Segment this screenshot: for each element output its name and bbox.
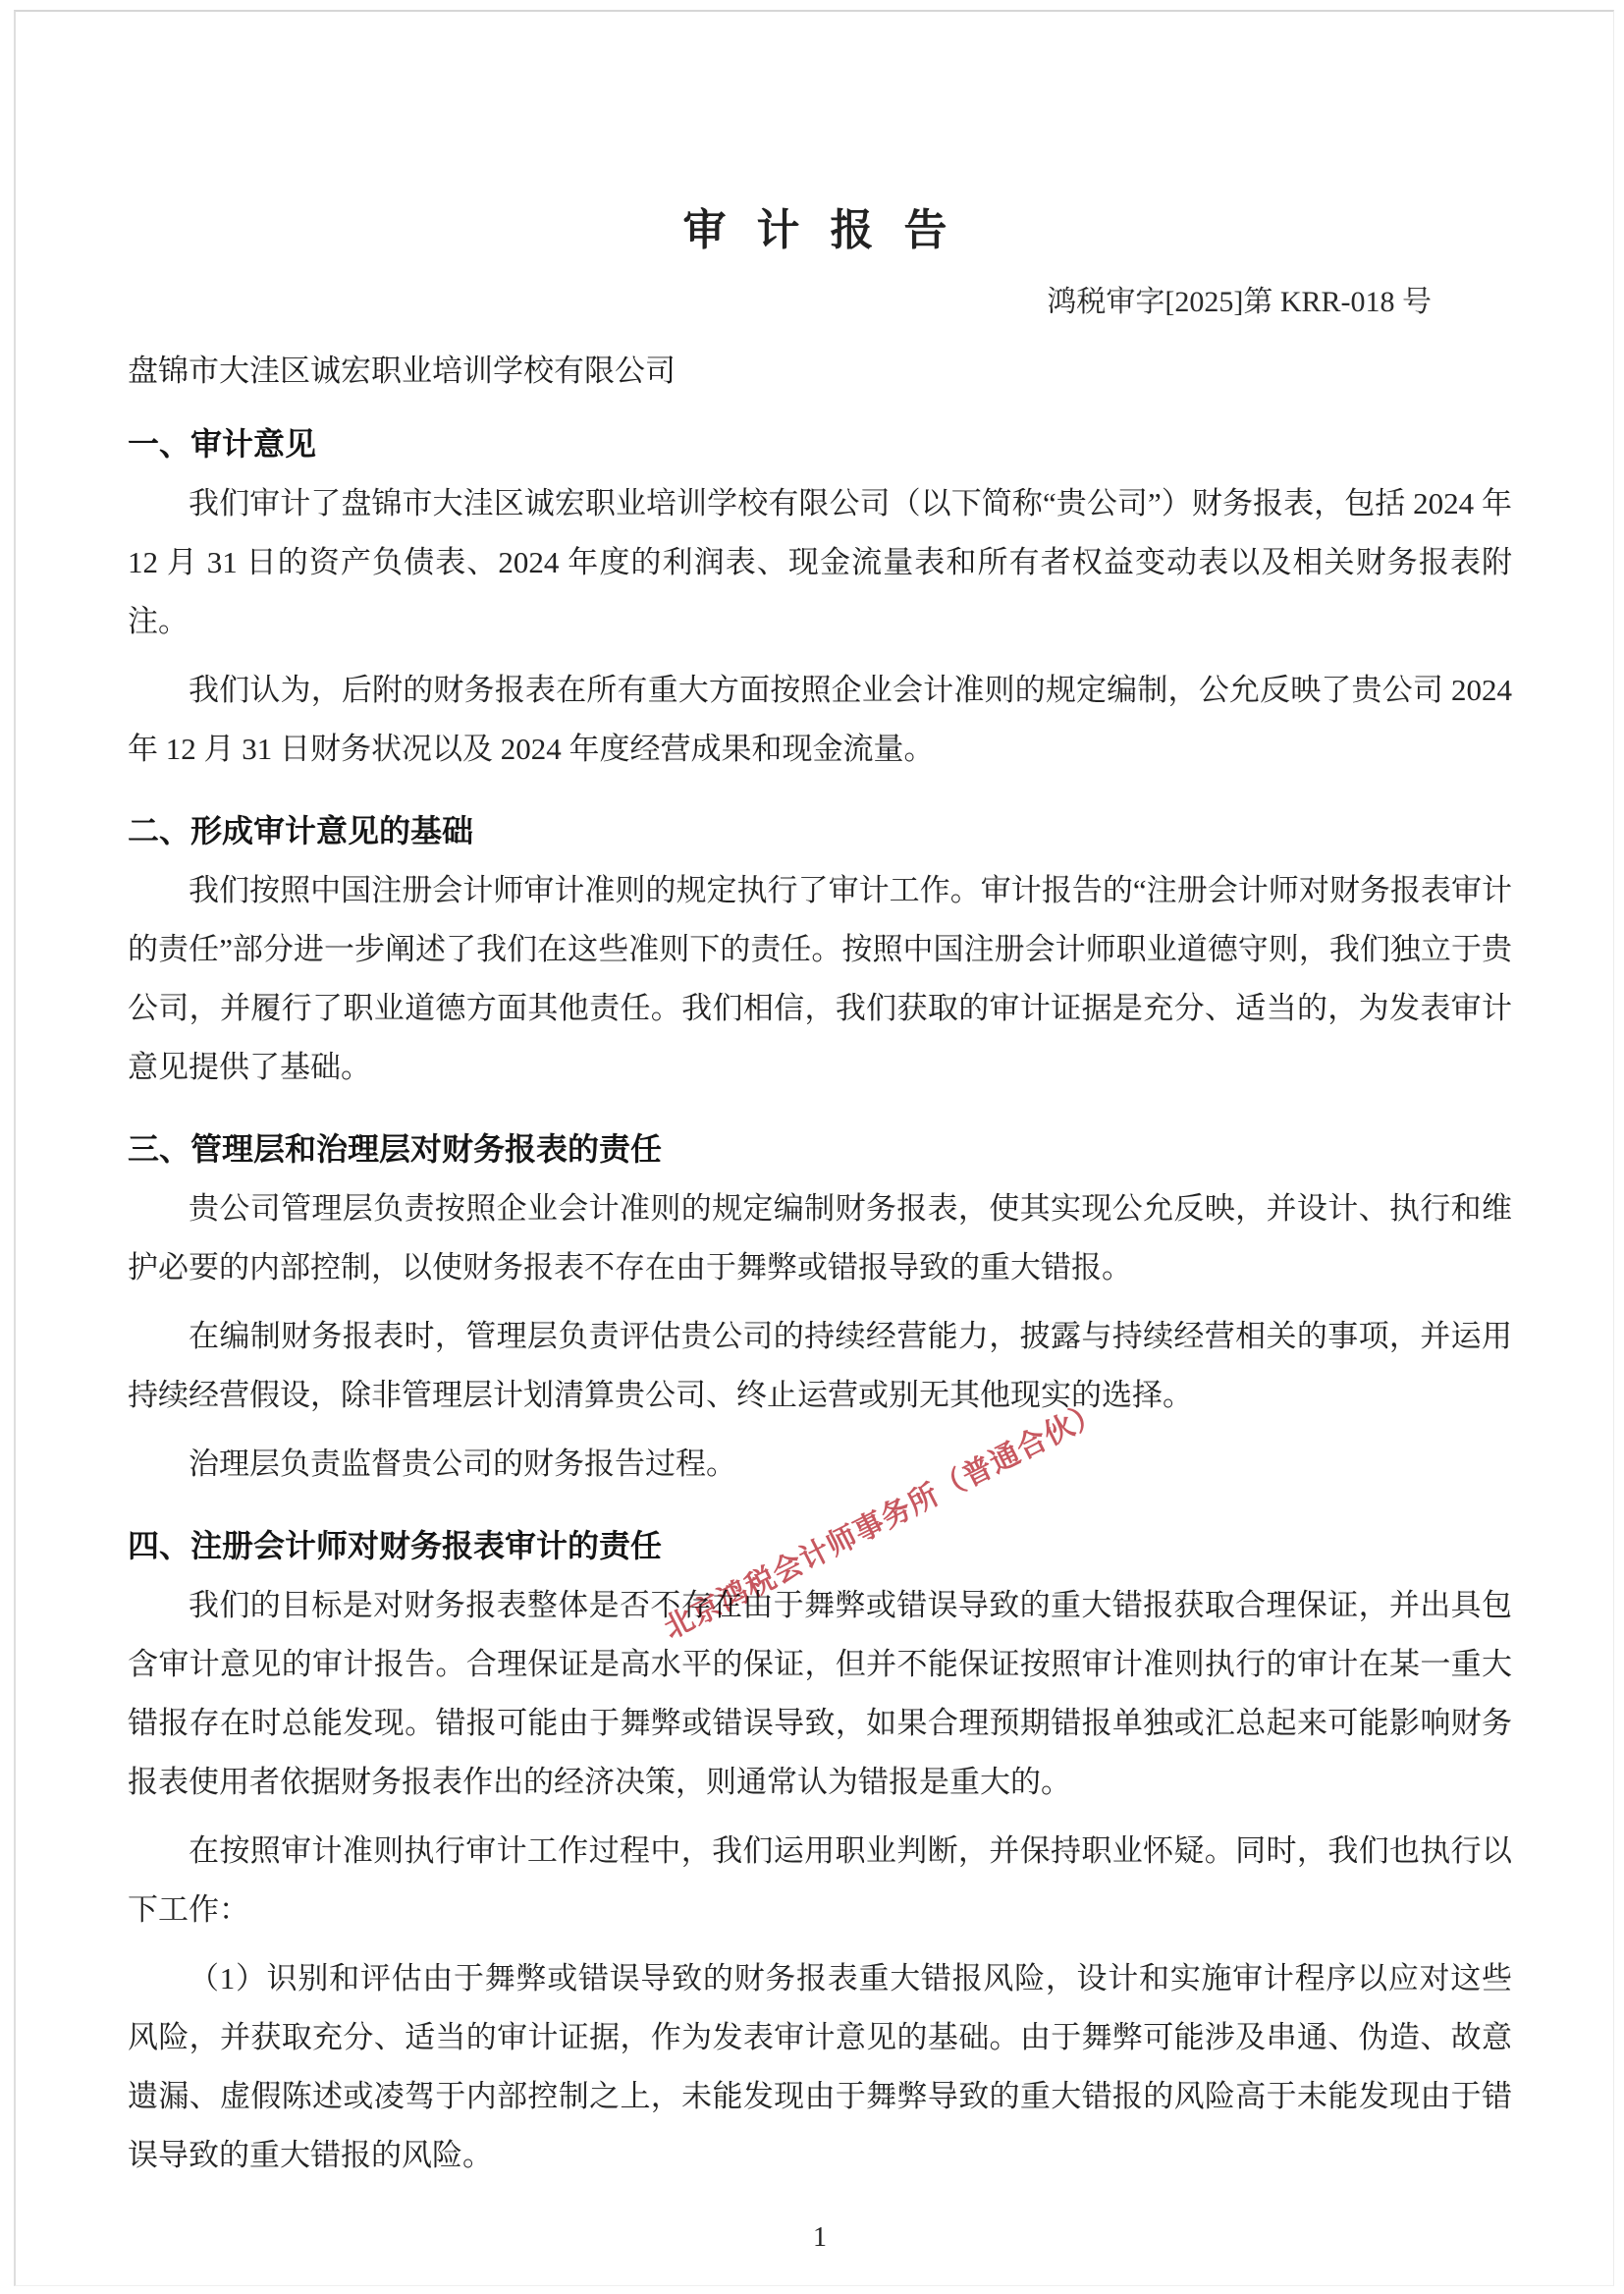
paragraph: 治理层负责监督贵公司的财务报告过程。 bbox=[128, 1435, 1512, 1494]
paragraph: 我们审计了盘锦市大洼区诚宏职业培训学校有限公司（以下简称“贵公司”）财务报表，包… bbox=[128, 474, 1512, 651]
section-heading: 二、形成审计意见的基础 bbox=[128, 810, 1512, 851]
audit-report-page: 审 计 报 告 鸿税审字[2025]第 KRR-018 号 盘锦市大洼区诚宏职业… bbox=[0, 0, 1624, 2294]
section-heading: 四、注册会计师对财务报表审计的责任 bbox=[128, 1525, 1512, 1566]
section-heading: 三、管理层和治理层对财务报表的责任 bbox=[128, 1128, 1512, 1170]
paragraph: 我们按照中国注册会计师审计准则的规定执行了审计工作。审计报告的“注册会计师对财务… bbox=[128, 861, 1512, 1097]
paragraph: （1）识别和评估由于舞弊或错误导致的财务报表重大错报风险，设计和实施审计程序以应… bbox=[128, 1949, 1512, 2185]
addressee-company: 盘锦市大洼区诚宏职业培训学校有限公司 bbox=[128, 351, 1512, 392]
paragraph: 在按照审计准则执行审计工作过程中，我们运用职业判断，并保持职业怀疑。同时，我们也… bbox=[128, 1822, 1512, 1939]
paragraph: 在编制财务报表时，管理层负责评估贵公司的持续经营能力，披露与持续经营相关的事项，… bbox=[128, 1307, 1512, 1425]
report-content: 审 计 报 告 鸿税审字[2025]第 KRR-018 号 盘锦市大洼区诚宏职业… bbox=[0, 0, 1624, 2256]
paragraph: 我们的目标是对财务报表整体是否不存在由于舞弊或错误导致的重大错报获取合理保证，并… bbox=[128, 1576, 1512, 1812]
page-number: 1 bbox=[128, 2220, 1512, 2256]
document-number: 鸿税审字[2025]第 KRR-018 号 bbox=[128, 282, 1512, 323]
sections: 一、审计意见我们审计了盘锦市大洼区诚宏职业培训学校有限公司（以下简称“贵公司”）… bbox=[128, 423, 1512, 2185]
paragraph: 我们认为，后附的财务报表在所有重大方面按照企业会计准则的规定编制，公允反映了贵公… bbox=[128, 661, 1512, 779]
section-heading: 一、审计意见 bbox=[128, 423, 1512, 464]
paragraph: 贵公司管理层负责按照企业会计准则的规定编制财务报表，使其实现公允反映，并设计、执… bbox=[128, 1179, 1512, 1297]
report-title: 审 计 报 告 bbox=[128, 201, 1512, 260]
